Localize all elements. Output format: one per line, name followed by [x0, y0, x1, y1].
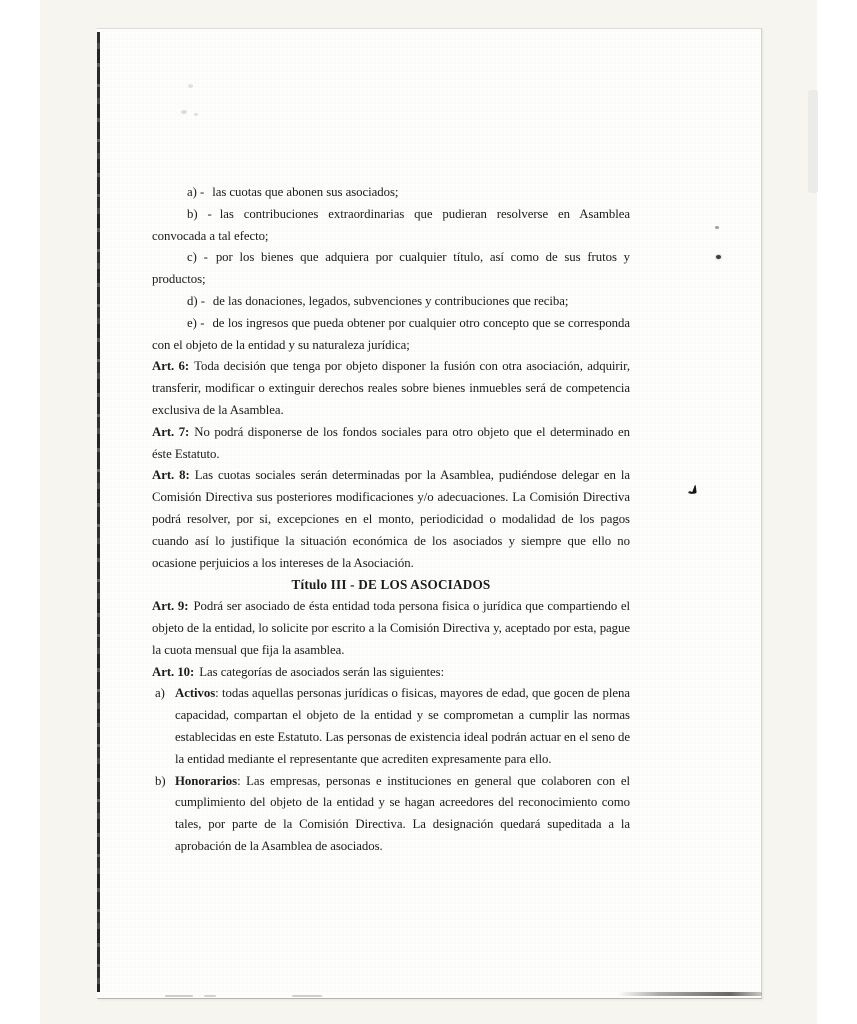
- income-item-text: por los bienes que adquiera por cualquie…: [152, 250, 630, 286]
- income-item-marker: a) -: [187, 185, 204, 199]
- income-item-c: c) -por los bienes que adquiera por cual…: [152, 247, 630, 291]
- income-item-marker: b) -: [187, 207, 212, 221]
- page-bottom-smudge: [618, 992, 762, 996]
- category-marker: a): [155, 683, 165, 705]
- statute-text: a) -las cuotas que abonen sus asociados;…: [152, 182, 630, 858]
- ink-blot-icon: [686, 482, 702, 498]
- category-term: Activos: [175, 686, 215, 700]
- category-item-honorarios: b)Honorarios: Las empresas, personas e i…: [152, 771, 630, 858]
- article-text: Podrá ser asociado de ésta entidad toda …: [152, 599, 630, 657]
- article-label: Art. 9:: [152, 599, 188, 613]
- scrollbar-thumb[interactable]: [808, 90, 818, 193]
- category-text: : todas aquellas personas jurídicas o fi…: [175, 686, 630, 765]
- income-item-text: de las donaciones, legados, subvenciones…: [213, 294, 568, 308]
- article-label: Art. 7:: [152, 425, 189, 439]
- income-item-marker: e) -: [187, 316, 204, 330]
- page-bottom-smudge: [165, 995, 193, 997]
- page-bottom-smudge: [292, 995, 322, 997]
- ink-dot-mark: [715, 226, 719, 229]
- article-label: Art. 8:: [152, 468, 190, 482]
- income-item-text: de los ingresos que pueda obtener por cu…: [152, 316, 630, 352]
- section-title: Título III - DE LOS ASOCIADOS: [152, 574, 630, 596]
- paper-speck: [181, 110, 187, 114]
- category-term: Honorarios: [175, 774, 237, 788]
- income-item-text: las cuotas que abonen sus asociados;: [212, 185, 398, 199]
- article-10: Art. 10:Las categorías de asociados será…: [152, 662, 630, 684]
- income-item-marker: d) -: [187, 294, 205, 308]
- scan-edge-line: [97, 32, 100, 992]
- article-text: Las cuotas sociales serán determinadas p…: [152, 468, 630, 569]
- income-item-a: a) -las cuotas que abonen sus asociados;: [152, 182, 630, 204]
- article-text: No podrá disponerse de los fondos social…: [152, 425, 630, 461]
- category-marker: b): [155, 771, 166, 793]
- income-item-text: las contribuciones extraordinarias que p…: [152, 207, 630, 243]
- page-bottom-smudge: [204, 995, 216, 997]
- income-item-d: d) -de las donaciones, legados, subvenci…: [152, 291, 630, 313]
- article-label: Art. 10:: [152, 665, 194, 679]
- income-item-marker: c) -: [187, 250, 208, 264]
- article-text: Las categorías de asociados serán las si…: [199, 665, 444, 679]
- article-text: Toda decisión que tenga por objeto dispo…: [152, 359, 630, 417]
- income-item-e: e) -de los ingresos que pueda obtener po…: [152, 313, 630, 357]
- paper-speck: [188, 84, 193, 88]
- article-8: Art. 8:Las cuotas sociales serán determi…: [152, 465, 630, 574]
- paper-speck: [194, 113, 198, 116]
- article-6: Art. 6:Toda decisión que tenga por objet…: [152, 356, 630, 421]
- article-7: Art. 7:No podrá disponerse de los fondos…: [152, 422, 630, 466]
- category-item-activos: a)Activos: todas aquellas personas juríd…: [152, 683, 630, 770]
- scanned-page: a) -las cuotas que abonen sus asociados;…: [97, 28, 762, 999]
- article-label: Art. 6:: [152, 359, 189, 373]
- category-text: : Las empresas, personas e instituciones…: [175, 774, 630, 853]
- income-item-b: b) -las contribuciones extraordinarias q…: [152, 204, 630, 248]
- ink-dot-mark: [716, 255, 721, 259]
- article-9: Art. 9:Podrá ser asociado de ésta entida…: [152, 596, 630, 661]
